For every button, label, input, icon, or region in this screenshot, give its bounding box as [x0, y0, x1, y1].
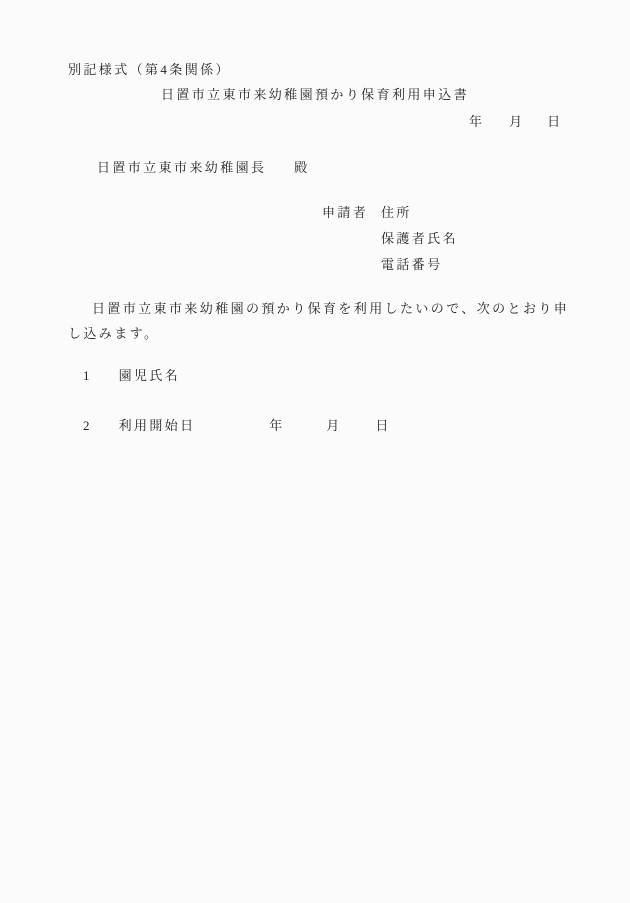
item-2-number: 2 — [83, 418, 92, 433]
applicant-field-phone-number: 電話番号 — [381, 257, 443, 273]
date-year-label: 年 — [469, 114, 484, 129]
date-day-label: 日 — [547, 114, 562, 129]
document-title: 日置市立東市来幼稚園預かり保育利用申込書 — [0, 87, 630, 103]
application-form-page: 別記様式（第4条関係） 日置市立東市来幼稚園預かり保育利用申込書 年 月 日 日… — [0, 0, 630, 903]
item-2-month-label: 月 — [326, 418, 341, 433]
date-line: 年 月 日 — [469, 114, 563, 130]
body-paragraph-line-1: 日置市立東市来幼稚園の預かり保育を利用したいので、次のとおり申 — [92, 301, 569, 317]
recipient-name: 日置市立東市来幼稚園長 — [97, 160, 266, 175]
item-1-number: 1 — [83, 368, 92, 383]
recipient-honorific: 殿 — [294, 160, 309, 175]
recipient-line: 日置市立東市来幼稚園長 殿 — [97, 160, 309, 176]
applicant-label: 申請者 — [322, 205, 368, 221]
form-note: 別記様式（第4条関係） — [68, 62, 231, 78]
item-2-day-label: 日 — [375, 418, 390, 433]
item-2-label: 利用開始日 — [119, 418, 196, 433]
body-paragraph-line-2: し込みます。 — [68, 326, 159, 342]
form-item-child-name: 1 園児氏名 — [83, 368, 180, 384]
applicant-field-guardian-name: 保護者氏名 — [381, 231, 458, 247]
applicant-field-address: 住所 — [381, 205, 412, 221]
item-1-label: 園児氏名 — [119, 368, 181, 383]
item-2-year-label: 年 — [269, 418, 284, 433]
form-item-start-date: 2 利用開始日 年 月 日 — [83, 418, 391, 434]
date-month-label: 月 — [509, 114, 524, 129]
